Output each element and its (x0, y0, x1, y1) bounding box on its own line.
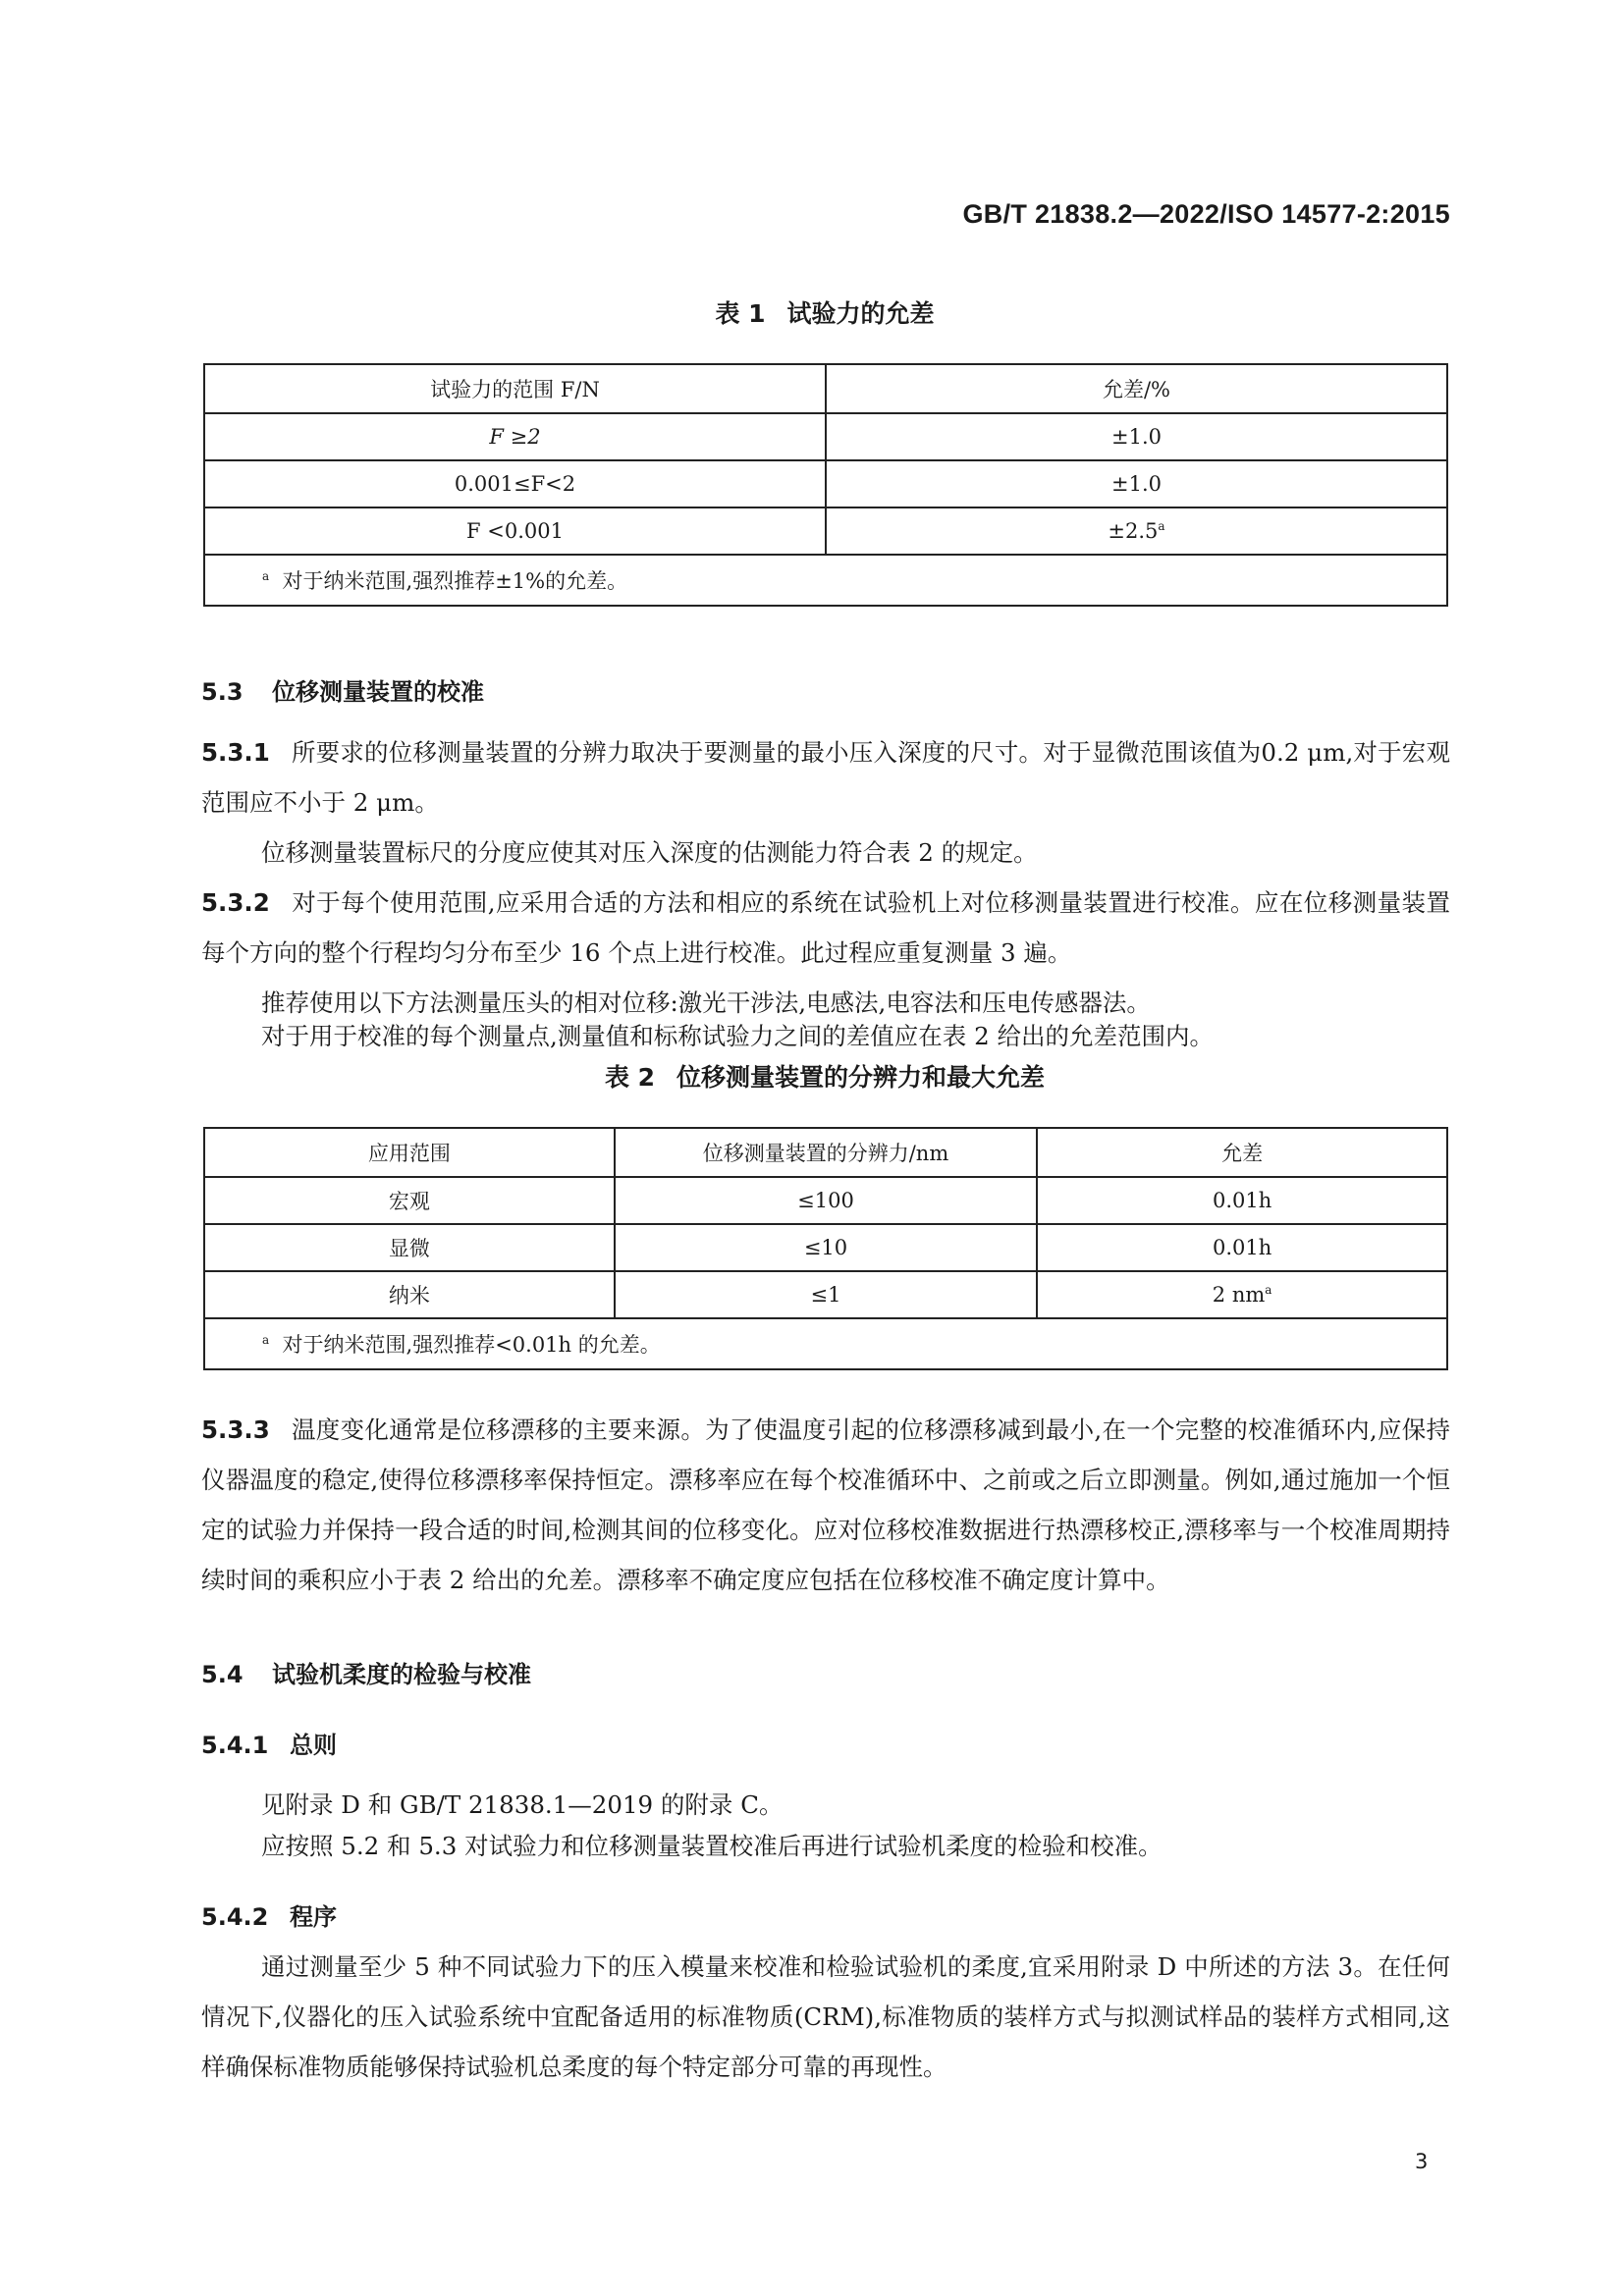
clause-text: 温度变化通常是位移漂移的主要来源。为了使温度引起的位移漂移减到最小,在一个完整的… (201, 1415, 1450, 1594)
table1-cell-tolerance-wrap: ±2.5a (826, 507, 1447, 555)
table1-col-range: 试验力的范围 F/N (204, 364, 826, 413)
table1-cell-range: 0.001≤F<2 (204, 460, 826, 507)
table1-cell-range: F ≥2 (204, 413, 826, 460)
table2: 应用范围 位移测量装置的分辨力/nm 允差 宏观 ≤100 0.01h 显微 ≤… (203, 1127, 1448, 1370)
table-row: 纳米 ≤1 2 nma (204, 1271, 1447, 1318)
paragraph-5-4-2: 通过测量至少 5 种不同试验力下的压入模量来校准和检验试验机的柔度,宜采用附录 … (201, 1942, 1450, 2092)
section-title: 位移测量装置的校准 (272, 678, 484, 706)
paragraph-5-3-2: 5.3.2对于每个使用范围,应采用合适的方法和相应的系统在试验机上对位移测量装置… (201, 878, 1450, 978)
section-title: 试验机柔度的检验与校准 (272, 1661, 531, 1688)
table1-cell-tolerance: ±1.0 (826, 460, 1447, 507)
table-row: F <0.001 ±2.5a (204, 507, 1447, 555)
table2-number: 表 2 (605, 1063, 655, 1092)
section-number: 5.4 (201, 1661, 272, 1688)
table1-number: 表 1 (715, 299, 765, 328)
table2-cell-resolution: ≤1 (615, 1271, 1037, 1318)
table2-cell-tolerance-wrap: 2 nma (1037, 1271, 1447, 1318)
table1-header-row: 试验力的范围 F/N 允差/% (204, 364, 1447, 413)
table2-footnote: 对于纳米范围,强烈推荐<0.01h 的允差。 (283, 1333, 661, 1357)
table1-cell-range: F <0.001 (204, 507, 826, 555)
paragraph-5-3-1-b: 位移测量装置标尺的分度应使其对压入深度的估测能力符合表 2 的规定。 (201, 828, 1450, 878)
section-title: 程序 (290, 1903, 337, 1931)
table2-cell-tolerance: 0.01h (1037, 1177, 1447, 1224)
paragraph-5-3-3: 5.3.3温度变化通常是位移漂移的主要来源。为了使温度引起的位移漂移减到最小,在… (201, 1405, 1450, 1605)
table2-header-row: 应用范围 位移测量装置的分辨力/nm 允差 (204, 1128, 1447, 1177)
footnote-marker: a (262, 1333, 269, 1347)
section-heading-5-4: 5.4试验机柔度的检验与校准 (201, 1655, 531, 1689)
table2-col-resolution: 位移测量装置的分辨力/nm (615, 1128, 1037, 1177)
section-number: 5.4.2 (201, 1903, 290, 1931)
table1-cell-tolerance: ±2.5 (1108, 519, 1158, 543)
clause-number: 5.3.1 (201, 738, 270, 767)
section-title: 总则 (290, 1732, 337, 1759)
clause-text: 对于每个使用范围,应采用合适的方法和相应的系统在试验机上对位移测量装置进行校准。… (201, 888, 1450, 967)
table2-cell-resolution: ≤10 (615, 1224, 1037, 1271)
standard-number-header: GB/T 21838.2—2022/ISO 14577-2:2015 (962, 199, 1450, 230)
section-heading-5-4-1: 5.4.1总则 (201, 1726, 337, 1760)
table1-footnote: 对于纳米范围,强烈推荐±1%的允差。 (283, 569, 628, 593)
table2-col-range: 应用范围 (204, 1128, 615, 1177)
footnote-marker: a (1265, 1283, 1271, 1297)
section-number: 5.3 (201, 678, 272, 706)
table2-cell-range: 宏观 (204, 1177, 615, 1224)
table1-caption: 表 1试验力的允差 (201, 294, 1448, 330)
clause-number: 5.3.2 (201, 888, 270, 917)
table2-caption: 表 2位移测量装置的分辨力和最大允差 (201, 1058, 1448, 1094)
table-row: 显微 ≤10 0.01h (204, 1224, 1447, 1271)
document-page: GB/T 21838.2—2022/ISO 14577-2:2015 表 1试验… (0, 0, 1623, 2296)
table1-footnote-row: a 对于纳米范围,强烈推荐±1%的允差。 (204, 555, 1447, 606)
page-number: 3 (1415, 2150, 1428, 2173)
table2-cell-resolution: ≤100 (615, 1177, 1037, 1224)
table-row: 0.001≤F<2 ±1.0 (204, 460, 1447, 507)
footnote-marker: a (1158, 519, 1164, 533)
table-row: 宏观 ≤100 0.01h (204, 1177, 1447, 1224)
table2-col-tolerance: 允差 (1037, 1128, 1447, 1177)
paragraph-5-4-1-b: 应按照 5.2 和 5.3 对试验力和位移测量装置校准后再进行试验机柔度的检验和… (201, 1821, 1450, 1871)
clause-text: 所要求的位移测量装置的分辨力取决于要测量的最小压入深度的尺寸。对于显微范围该值为… (201, 738, 1450, 817)
section-number: 5.4.1 (201, 1732, 290, 1759)
table2-title: 位移测量装置的分辨力和最大允差 (676, 1063, 1045, 1092)
clause-number: 5.3.3 (201, 1415, 270, 1444)
table2-footnote-row: a 对于纳米范围,强烈推荐<0.01h 的允差。 (204, 1318, 1447, 1369)
table1: 试验力的范围 F/N 允差/% F ≥2 ±1.0 0.001≤F<2 ±1.0… (203, 363, 1448, 607)
table2-cell-range: 显微 (204, 1224, 615, 1271)
footnote-marker: a (262, 569, 269, 583)
table1-title: 试验力的允差 (787, 299, 935, 328)
section-heading-5-4-2: 5.4.2程序 (201, 1897, 337, 1932)
table2-cell-range: 纳米 (204, 1271, 615, 1318)
table2-cell-tolerance: 0.01h (1037, 1224, 1447, 1271)
paragraph-5-3-2-c: 对于用于校准的每个测量点,测量值和标称试验力之间的差值应在表 2 给出的允差范围… (201, 1011, 1450, 1061)
table1-cell-tolerance: ±1.0 (826, 413, 1447, 460)
paragraph-5-3-1: 5.3.1所要求的位移测量装置的分辨力取决于要测量的最小压入深度的尺寸。对于显微… (201, 727, 1450, 828)
table1-col-tolerance: 允差/% (826, 364, 1447, 413)
table-row: F ≥2 ±1.0 (204, 413, 1447, 460)
section-heading-5-3: 5.3位移测量装置的校准 (201, 672, 484, 707)
table2-cell-tolerance: 2 nm (1213, 1283, 1265, 1307)
